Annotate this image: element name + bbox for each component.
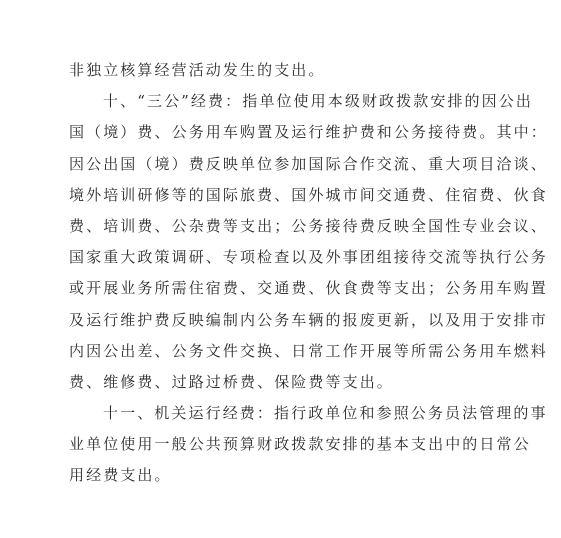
text-line: 费、培训费、公杂费等支出；公务接待费反映全国性专业会议、 [69,215,489,246]
text-line: 内因公出差、公务文件交换、日常工作开展等所需公务用车燃料 [69,340,489,371]
paragraph-agency-operating-expenses: 十一、机关运行经费：指行政单位和参照公务员法管理的事 业单位使用一般公共预算财政… [69,402,489,496]
text-line: 境外培训研修等的国际旅费、国外城市间交通费、住宿费、伙食 [69,184,489,215]
paragraph-continuation: 非独立核算经营活动发生的支出。 [69,59,489,90]
text-line: 或开展业务所需住宿费、交通费、伙食费等支出；公务用车购置 [69,277,489,308]
paragraph-san-gong-expenses: 十、“三公”经费：指单位使用本级财政拨款安排的因公出 国（境）费、公务用车购置及… [69,90,489,402]
document-body: 非独立核算经营活动发生的支出。 十、“三公”经费：指单位使用本级财政拨款安排的因… [69,59,489,496]
text-line: 因公出国（境）费反映单位参加国际合作交流、重大项目洽谈、 [69,153,489,184]
text-line: 国（境）费、公务用车购置及运行维护费和公务接待费。其中： [69,121,489,152]
text-line: 业单位使用一般公共预算财政拨款安排的基本支出中的日常公 [69,433,489,464]
text-line: 十、“三公”经费：指单位使用本级财政拨款安排的因公出 [69,90,489,121]
text-line: 国家重大政策调研、专项检查以及外事团组接待交流等执行公务 [69,246,489,277]
text-line: 费、维修费、过路过桥费、保险费等支出。 [69,371,489,402]
text-line: 非独立核算经营活动发生的支出。 [69,59,489,90]
text-line: 用经费支出。 [69,464,489,495]
text-line: 十一、机关运行经费：指行政单位和参照公务员法管理的事 [69,402,489,433]
document-page: 非独立核算经营活动发生的支出。 十、“三公”经费：指单位使用本级财政拨款安排的因… [0,0,561,538]
text-line: 及运行维护费反映编制内公务车辆的报废更新，以及用于安排市 [69,309,489,340]
